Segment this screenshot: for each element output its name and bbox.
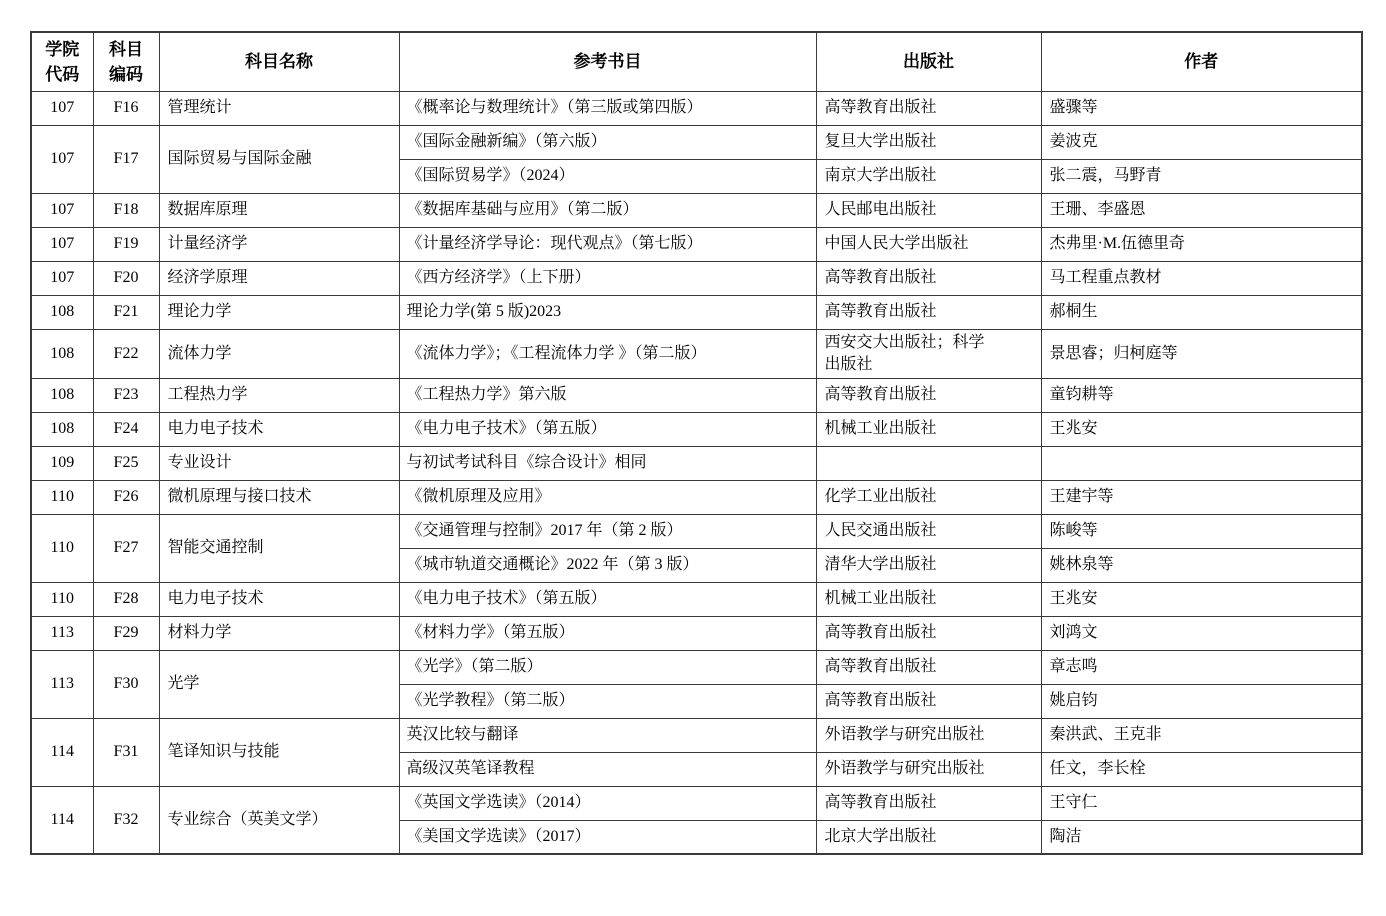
cell-author: 陈峻等 <box>1041 514 1362 548</box>
header-subject-code: 科目 编码 <box>93 32 159 91</box>
cell-subject-code: F17 <box>93 125 159 193</box>
cell-subject-code: F29 <box>93 616 159 650</box>
table-header-row: 学院 代码 科目 编码 科目名称 参考书目 出版社 作者 <box>31 32 1362 91</box>
cell-subject-code: F21 <box>93 295 159 329</box>
cell-book: 《计量经济学导论：现代观点》（第七版） <box>399 227 816 261</box>
cell-college-code: 114 <box>31 718 93 786</box>
cell-college-code: 107 <box>31 261 93 295</box>
cell-author: 王珊、李盛恩 <box>1041 193 1362 227</box>
cell-book: 《微机原理及应用》 <box>399 480 816 514</box>
cell-publisher: 清华大学出版社 <box>816 548 1041 582</box>
cell-author: 盛骤等 <box>1041 91 1362 125</box>
cell-publisher: 北京大学出版社 <box>816 820 1041 854</box>
cell-publisher: 人民交通出版社 <box>816 514 1041 548</box>
cell-college-code: 114 <box>31 786 93 854</box>
cell-college-code: 110 <box>31 480 93 514</box>
table-row: 110F27智能交通控制《交通管理与控制》2017 年（第 2 版）人民交通出版… <box>31 514 1362 548</box>
header-college-code: 学院 代码 <box>31 32 93 91</box>
table-row: 107F17国际贸易与国际金融《国际金融新编》（第六版）复旦大学出版社姜波克 <box>31 125 1362 159</box>
cell-subject-name: 电力电子技术 <box>159 582 399 616</box>
cell-publisher: 高等教育出版社 <box>816 684 1041 718</box>
cell-author: 章志鸣 <box>1041 650 1362 684</box>
cell-subject-code: F31 <box>93 718 159 786</box>
cell-subject-name: 工程热力学 <box>159 378 399 412</box>
cell-subject-code: F32 <box>93 786 159 854</box>
cell-book: 《光学教程》（第二版） <box>399 684 816 718</box>
cell-college-code: 108 <box>31 378 93 412</box>
cell-college-code: 110 <box>31 582 93 616</box>
cell-subject-code: F18 <box>93 193 159 227</box>
cell-book: 《国际贸易学》（2024） <box>399 159 816 193</box>
cell-subject-name: 流体力学 <box>159 329 399 378</box>
cell-book: 《数据库基础与应用》（第二版） <box>399 193 816 227</box>
table-row: 108F22流体力学《流体力学》；《工程流体力学 》（第二版）西安交大出版社；科… <box>31 329 1362 378</box>
cell-college-code: 107 <box>31 193 93 227</box>
table-row: 114F32专业综合（英美文学）《英国文学选读》（2014）高等教育出版社王守仁 <box>31 786 1362 820</box>
cell-college-code: 109 <box>31 446 93 480</box>
cell-book: 《交通管理与控制》2017 年（第 2 版） <box>399 514 816 548</box>
cell-publisher: 机械工业出版社 <box>816 412 1041 446</box>
cell-author: 景思睿；归柯庭等 <box>1041 329 1362 378</box>
cell-publisher: 高等教育出版社 <box>816 91 1041 125</box>
table-row: 110F28电力电子技术《电力电子技术》（第五版）机械工业出版社王兆安 <box>31 582 1362 616</box>
document-page: 学院 代码 科目 编码 科目名称 参考书目 出版社 作者 107F16管理统计《… <box>0 0 1386 916</box>
cell-book: 理论力学(第 5 版)2023 <box>399 295 816 329</box>
cell-author: 姚林泉等 <box>1041 548 1362 582</box>
table-row: 107F18数据库原理《数据库基础与应用》（第二版）人民邮电出版社王珊、李盛恩 <box>31 193 1362 227</box>
cell-college-code: 107 <box>31 91 93 125</box>
cell-subject-name: 管理统计 <box>159 91 399 125</box>
cell-author: 王兆安 <box>1041 582 1362 616</box>
table-row: 109F25专业设计与初试考试科目《综合设计》相同 <box>31 446 1362 480</box>
cell-author <box>1041 446 1362 480</box>
cell-subject-name: 笔译知识与技能 <box>159 718 399 786</box>
cell-college-code: 108 <box>31 412 93 446</box>
cell-publisher: 化学工业出版社 <box>816 480 1041 514</box>
cell-subject-code: F22 <box>93 329 159 378</box>
cell-book: 《英国文学选读》（2014） <box>399 786 816 820</box>
header-publisher: 出版社 <box>816 32 1041 91</box>
cell-publisher <box>816 446 1041 480</box>
cell-subject-name: 电力电子技术 <box>159 412 399 446</box>
cell-author: 王守仁 <box>1041 786 1362 820</box>
table-row: 113F29材料力学《材料力学》（第五版）高等教育出版社刘鸿文 <box>31 616 1362 650</box>
cell-publisher: 人民邮电出版社 <box>816 193 1041 227</box>
cell-book: 《西方经济学》（上下册） <box>399 261 816 295</box>
cell-author: 陶洁 <box>1041 820 1362 854</box>
cell-publisher: 高等教育出版社 <box>816 650 1041 684</box>
cell-author: 童钧耕等 <box>1041 378 1362 412</box>
header-author: 作者 <box>1041 32 1362 91</box>
cell-author: 杰弗里·M.伍德里奇 <box>1041 227 1362 261</box>
cell-subject-code: F20 <box>93 261 159 295</box>
cell-subject-code: F24 <box>93 412 159 446</box>
cell-subject-code: F30 <box>93 650 159 718</box>
cell-publisher: 高等教育出版社 <box>816 786 1041 820</box>
cell-author: 马工程重点教材 <box>1041 261 1362 295</box>
cell-subject-code: F26 <box>93 480 159 514</box>
cell-publisher: 机械工业出版社 <box>816 582 1041 616</box>
cell-college-code: 108 <box>31 329 93 378</box>
table-row: 114F31笔译知识与技能英汉比较与翻译外语教学与研究出版社秦洪武、王克非 <box>31 718 1362 752</box>
cell-author: 任文，李长栓 <box>1041 752 1362 786</box>
cell-author: 秦洪武、王克非 <box>1041 718 1362 752</box>
cell-publisher: 西安交大出版社；科学 出版社 <box>816 329 1041 378</box>
cell-book: 与初试考试科目《综合设计》相同 <box>399 446 816 480</box>
cell-college-code: 113 <box>31 616 93 650</box>
cell-publisher: 中国人民大学出版社 <box>816 227 1041 261</box>
cell-publisher: 南京大学出版社 <box>816 159 1041 193</box>
cell-subject-name: 微机原理与接口技术 <box>159 480 399 514</box>
cell-subject-name: 专业设计 <box>159 446 399 480</box>
cell-subject-code: F27 <box>93 514 159 582</box>
cell-author: 王兆安 <box>1041 412 1362 446</box>
table-row: 107F19计量经济学《计量经济学导论：现代观点》（第七版）中国人民大学出版社杰… <box>31 227 1362 261</box>
cell-subject-name: 光学 <box>159 650 399 718</box>
cell-book: 英汉比较与翻译 <box>399 718 816 752</box>
cell-book: 《概率论与数理统计》（第三版或第四版） <box>399 91 816 125</box>
cell-subject-name: 数据库原理 <box>159 193 399 227</box>
cell-author: 姚启钧 <box>1041 684 1362 718</box>
cell-publisher: 高等教育出版社 <box>816 616 1041 650</box>
cell-book: 《电力电子技术》（第五版） <box>399 412 816 446</box>
cell-book: 《流体力学》；《工程流体力学 》（第二版） <box>399 329 816 378</box>
reference-books-table: 学院 代码 科目 编码 科目名称 参考书目 出版社 作者 107F16管理统计《… <box>30 31 1363 855</box>
cell-author: 张二震，马野青 <box>1041 159 1362 193</box>
cell-college-code: 108 <box>31 295 93 329</box>
cell-publisher: 外语教学与研究出版社 <box>816 752 1041 786</box>
cell-subject-name: 经济学原理 <box>159 261 399 295</box>
cell-subject-code: F19 <box>93 227 159 261</box>
cell-college-code: 107 <box>31 227 93 261</box>
cell-author: 王建宇等 <box>1041 480 1362 514</box>
cell-publisher: 高等教育出版社 <box>816 261 1041 295</box>
cell-book: 《国际金融新编》（第六版） <box>399 125 816 159</box>
cell-college-code: 113 <box>31 650 93 718</box>
cell-publisher: 高等教育出版社 <box>816 378 1041 412</box>
cell-book: 《电力电子技术》（第五版） <box>399 582 816 616</box>
cell-subject-name: 智能交通控制 <box>159 514 399 582</box>
cell-publisher: 外语教学与研究出版社 <box>816 718 1041 752</box>
cell-book: 《城市轨道交通概论》2022 年（第 3 版） <box>399 548 816 582</box>
cell-author: 郝桐生 <box>1041 295 1362 329</box>
cell-subject-code: F23 <box>93 378 159 412</box>
cell-college-code: 107 <box>31 125 93 193</box>
cell-publisher: 高等教育出版社 <box>816 295 1041 329</box>
header-reference-books: 参考书目 <box>399 32 816 91</box>
cell-subject-name: 材料力学 <box>159 616 399 650</box>
cell-subject-name: 理论力学 <box>159 295 399 329</box>
table-row: 108F23工程热力学《工程热力学》第六版高等教育出版社童钧耕等 <box>31 378 1362 412</box>
cell-subject-name: 国际贸易与国际金融 <box>159 125 399 193</box>
cell-book: 《光学》（第二版） <box>399 650 816 684</box>
cell-book: 《工程热力学》第六版 <box>399 378 816 412</box>
cell-subject-code: F28 <box>93 582 159 616</box>
cell-subject-code: F16 <box>93 91 159 125</box>
table-row: 113F30光学《光学》（第二版）高等教育出版社章志鸣 <box>31 650 1362 684</box>
cell-author: 刘鸿文 <box>1041 616 1362 650</box>
table-row: 108F24电力电子技术《电力电子技术》（第五版）机械工业出版社王兆安 <box>31 412 1362 446</box>
cell-subject-name: 计量经济学 <box>159 227 399 261</box>
cell-publisher: 复旦大学出版社 <box>816 125 1041 159</box>
cell-book: 高级汉英笔译教程 <box>399 752 816 786</box>
table-row: 108F21理论力学理论力学(第 5 版)2023高等教育出版社郝桐生 <box>31 295 1362 329</box>
cell-author: 姜波克 <box>1041 125 1362 159</box>
cell-book: 《材料力学》（第五版） <box>399 616 816 650</box>
table-body: 107F16管理统计《概率论与数理统计》（第三版或第四版）高等教育出版社盛骤等1… <box>31 91 1362 854</box>
table-row: 107F20经济学原理《西方经济学》（上下册）高等教育出版社马工程重点教材 <box>31 261 1362 295</box>
table-row: 107F16管理统计《概率论与数理统计》（第三版或第四版）高等教育出版社盛骤等 <box>31 91 1362 125</box>
cell-subject-code: F25 <box>93 446 159 480</box>
table-row: 110F26微机原理与接口技术《微机原理及应用》化学工业出版社王建宇等 <box>31 480 1362 514</box>
cell-subject-name: 专业综合（英美文学） <box>159 786 399 854</box>
cell-college-code: 110 <box>31 514 93 582</box>
header-subject-name: 科目名称 <box>159 32 399 91</box>
cell-book: 《美国文学选读》（2017） <box>399 820 816 854</box>
